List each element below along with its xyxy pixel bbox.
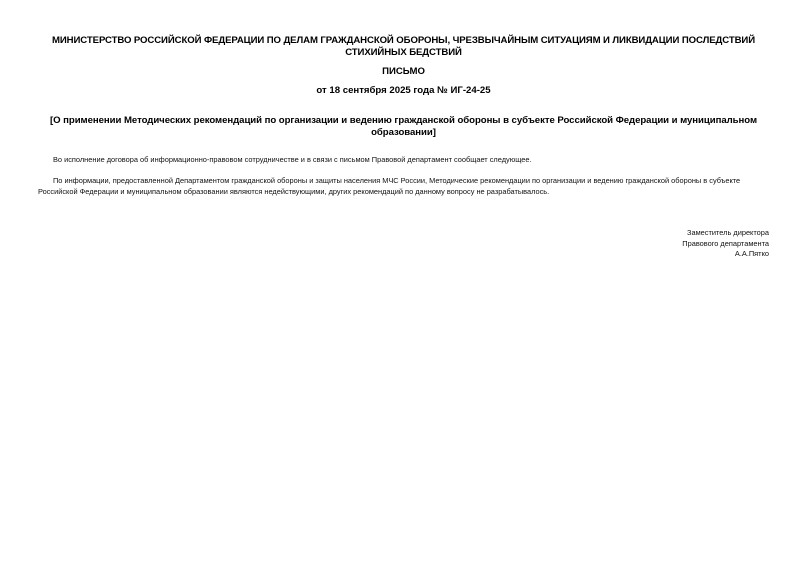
body-paragraph: Во исполнение договора об информационно-…: [38, 155, 769, 166]
document-subject: [О применении Методических рекомендаций …: [38, 115, 769, 139]
document-date-number: от 18 сентября 2025 года № ИГ-24-25: [38, 85, 769, 97]
body-paragraph: По информации, предоставленной Департаме…: [38, 176, 769, 197]
signature-block: Заместитель директора Правового департам…: [682, 228, 769, 260]
signatory-department: Правового департамента: [682, 239, 769, 250]
document-type: ПИСЬМО: [38, 66, 769, 78]
signatory-position: Заместитель директора: [682, 228, 769, 239]
ministry-header: МИНИСТЕРСТВО РОССИЙСКОЙ ФЕДЕРАЦИИ ПО ДЕЛ…: [38, 35, 769, 58]
signatory-name: А.А.Пятко: [682, 249, 769, 260]
body-paragraph-text: Во исполнение договора об информационно-…: [53, 155, 532, 164]
body-paragraph-text: По информации, предоставленной Департаме…: [38, 176, 740, 196]
